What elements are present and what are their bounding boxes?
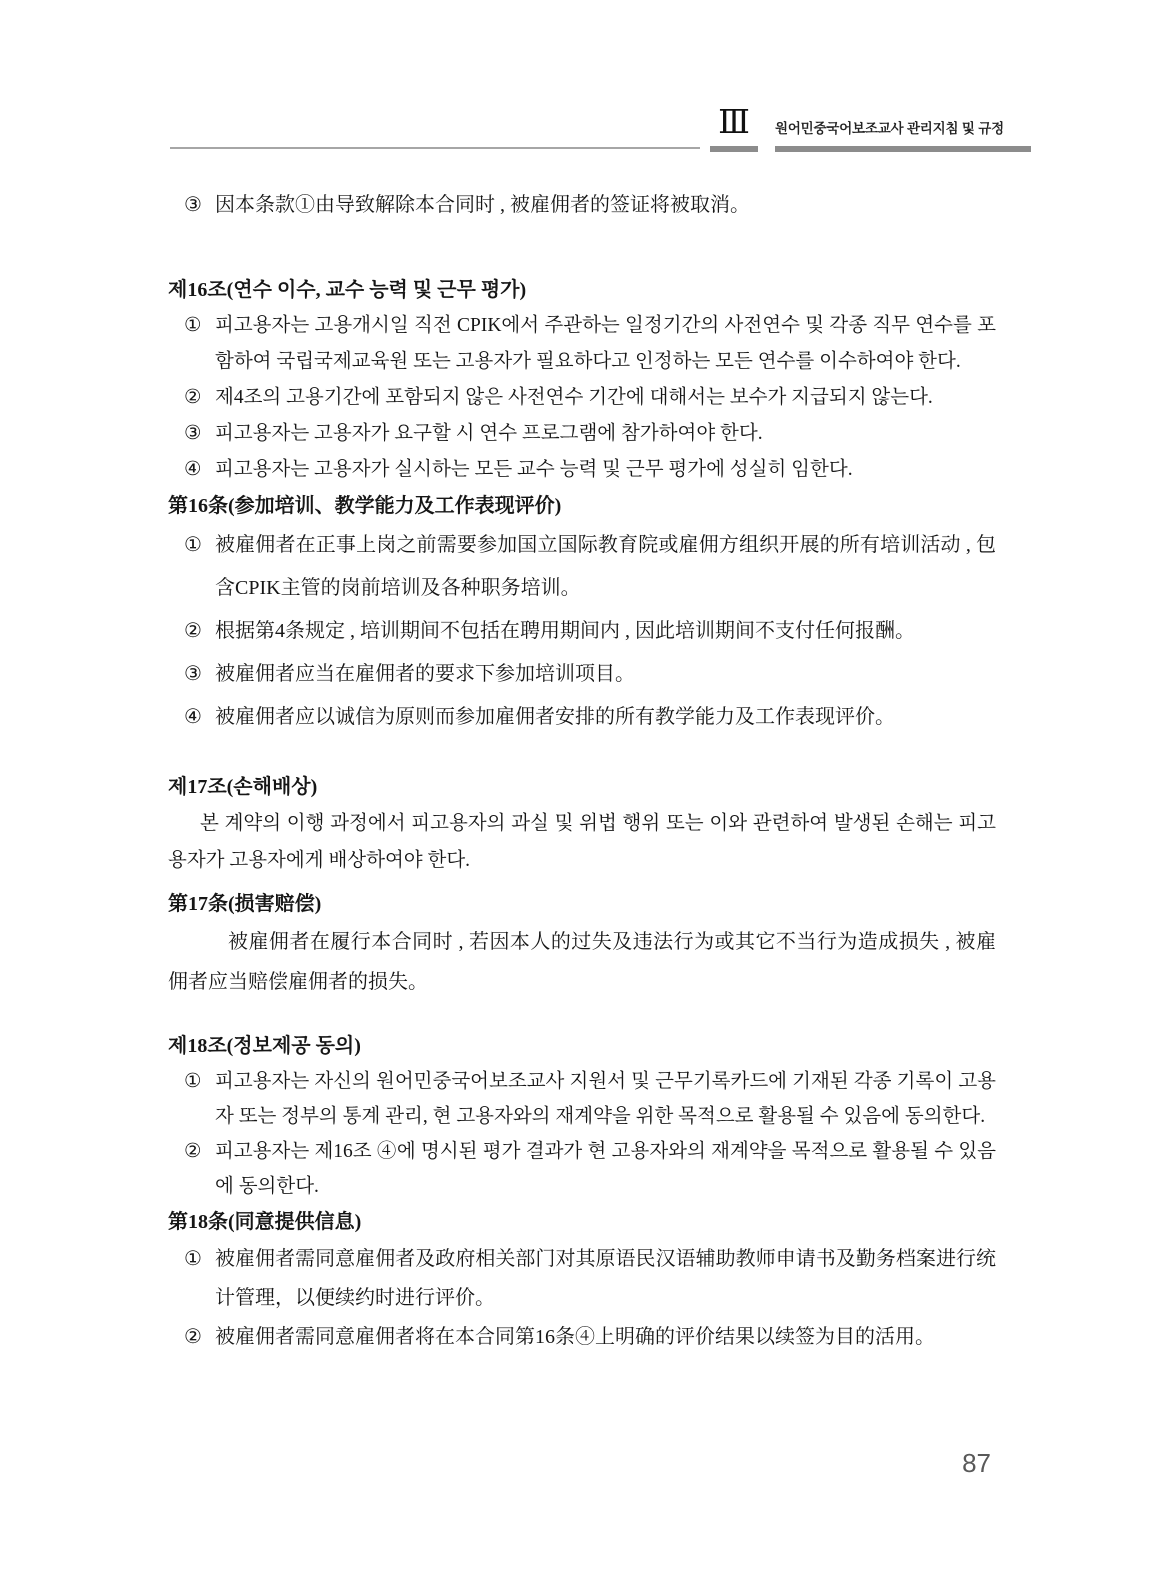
list-item: ③ 因本条款①由导致解除本合同时 , 被雇佣者的签证将被取消。 — [168, 184, 996, 227]
item-marker: ③ — [184, 184, 202, 227]
list-item: ③ 被雇佣者应当在雇佣者的要求下参加培训项目。 — [168, 653, 996, 696]
chapter-title-underline — [775, 146, 1031, 152]
item-text: 피고용자는 제16조 ④에 명시된 평가 결과가 현 고용자와의 재계약을 목적… — [215, 1141, 996, 1197]
article-heading: 第16条(参加培训、教学能力及工作表现评价) — [168, 488, 996, 524]
list-item: ① 被雇佣者需同意雇佣者及政府相关部门对其原语民汉语辅助教师申请书及勤务档案进行… — [168, 1240, 996, 1318]
article-heading: 제17조(손해배상) — [168, 769, 996, 805]
article-17-zh: 第17条(损害赔偿) 被雇佣者在履行本合同时 , 若因本人的过失及违法行为或其它… — [168, 886, 996, 1002]
list-item: ① 被雇佣者在正事上岗之前需要参加国立国际教育院或雇佣方组织开展的所有培训活动 … — [168, 524, 996, 610]
list-item: ④ 被雇佣者应以诚信为原则而参加雇佣者安排的所有教学能力及工作表现评价。 — [168, 696, 996, 739]
item-marker: ① — [184, 524, 202, 567]
item-text: 피고용자는 고용개시일 직전 CPIK에서 주관하는 일정기간의 사전연수 및 … — [215, 315, 996, 372]
article-heading: 第18条(同意提供信息) — [168, 1204, 996, 1240]
article-heading: 제18조(정보제공 동의) — [168, 1028, 996, 1064]
article-16-ko: 제16조(연수 이수, 교수 능력 및 근무 평가) ① 피고용자는 고용개시일… — [168, 272, 996, 488]
item-text: 根据第4条规定 , 培训期间不包括在聘用期间内 , 因此培训期间不支付任何报酬。 — [215, 620, 915, 642]
item-text: 피고용자는 자신의 원어민중국어보조교사 지원서 및 근무기록카드에 기재된 각… — [215, 1071, 996, 1127]
article-18-zh: 第18条(同意提供信息) ① 被雇佣者需同意雇佣者及政府相关部门对其原语民汉语辅… — [168, 1204, 996, 1357]
header-left-rule — [170, 147, 700, 149]
item-marker: ① — [184, 308, 201, 344]
item-text: 피고용자는 고용자가 요구할 시 연수 프로그램에 참가하여야 한다. — [215, 423, 763, 444]
article-heading: 第17条(损害赔偿) — [168, 886, 996, 922]
chapter-title: 원어민중국어보조교사 관리지침 및 규정 — [775, 119, 1031, 139]
list-item: ② 被雇佣者需同意雇佣者将在本合同第16条④上明确的评价结果以续签为目的活用。 — [168, 1318, 996, 1357]
page-number: 87 — [962, 1448, 991, 1479]
item-marker: ③ — [184, 653, 202, 696]
item-marker: ① — [184, 1064, 201, 1099]
item-text: 被雇佣者应当在雇佣者的要求下参加培训项目。 — [215, 663, 635, 685]
document-body: ③ 因本条款①由导致解除本合同时 , 被雇佣者的签证将被取消。 제16조(연수 … — [168, 184, 996, 1357]
article-paragraph: 본 계약의 이행 과정에서 피고용자의 과실 및 위법 행위 또는 이와 관련하… — [168, 805, 996, 879]
article-16-zh: 第16条(参加培训、教学能力及工作表现评价) ① 被雇佣者在正事上岗之前需要参加… — [168, 488, 996, 739]
item-marker: ③ — [184, 416, 201, 452]
item-marker: ④ — [184, 696, 202, 739]
item-text: 因本条款①由导致解除本合同时 , 被雇佣者的签证将被取消。 — [215, 194, 750, 216]
list-item: ① 피고용자는 자신의 원어민중국어보조교사 지원서 및 근무기록카드에 기재된… — [168, 1064, 996, 1134]
chapter-numeral: Ⅲ — [710, 103, 758, 143]
item-marker: ② — [184, 1318, 202, 1357]
item-text: 被雇佣者在正事上岗之前需要参加国立国际教育院或雇佣方组织开展的所有培训活动 , … — [215, 534, 996, 599]
item-text: 제4조의 고용기간에 포함되지 않은 사전연수 기간에 대해서는 보수가 지급되… — [215, 387, 933, 408]
item-text: 피고용자는 고용자가 실시하는 모든 교수 능력 및 근무 평가에 성실히 임한… — [215, 459, 853, 480]
item-marker: ④ — [184, 452, 201, 488]
item-text: 被雇佣者需同意雇佣者将在本合同第16条④上明确的评价结果以续签为目的活用。 — [215, 1326, 935, 1348]
item-marker: ② — [184, 1134, 201, 1169]
item-marker: ② — [184, 380, 201, 416]
item-text: 被雇佣者应以诚信为原则而参加雇佣者安排的所有教学能力及工作表现评价。 — [215, 706, 895, 728]
item-marker: ② — [184, 610, 202, 653]
item-marker: ① — [184, 1240, 202, 1279]
article-heading: 제16조(연수 이수, 교수 능력 및 근무 평가) — [168, 272, 996, 308]
article-18-ko: 제18조(정보제공 동의) ① 피고용자는 자신의 원어민중국어보조교사 지원서… — [168, 1028, 996, 1204]
list-item: ① 피고용자는 고용개시일 직전 CPIK에서 주관하는 일정기간의 사전연수 … — [168, 308, 996, 380]
list-item: ② 제4조의 고용기간에 포함되지 않은 사전연수 기간에 대해서는 보수가 지… — [168, 380, 996, 416]
article-paragraph: 被雇佣者在履行本合同时 , 若因本人的过失及违法行为或其它不当行为造成损失 , … — [168, 922, 996, 1002]
list-item: ③ 피고용자는 고용자가 요구할 시 연수 프로그램에 참가하여야 한다. — [168, 416, 996, 452]
list-item: ② 피고용자는 제16조 ④에 명시된 평가 결과가 현 고용자와의 재계약을 … — [168, 1134, 996, 1204]
item-text: 被雇佣者需同意雇佣者及政府相关部门对其原语民汉语辅助教师申请书及勤务档案进行统计… — [215, 1248, 996, 1309]
list-item: ④ 피고용자는 고용자가 실시하는 모든 교수 능력 및 근무 평가에 성실히 … — [168, 452, 996, 488]
list-item: ② 根据第4条规定 , 培训期间不包括在聘用期间内 , 因此培训期间不支付任何报… — [168, 610, 996, 653]
article-17-ko: 제17조(손해배상) 본 계약의 이행 과정에서 피고용자의 과실 및 위법 행… — [168, 769, 996, 879]
chapter-numeral-underline — [710, 146, 758, 152]
